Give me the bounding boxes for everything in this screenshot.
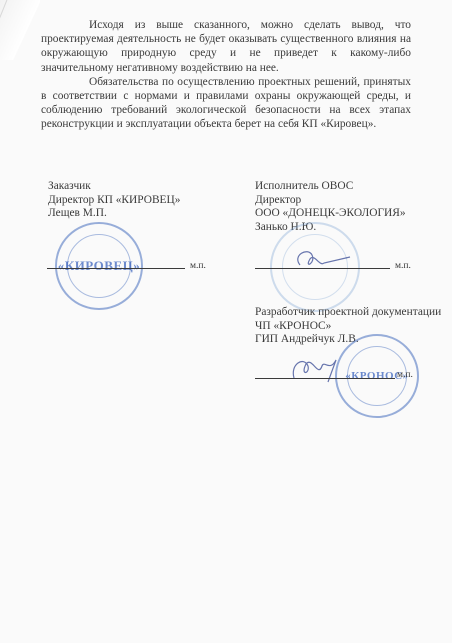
contractor-role: Исполнитель ОВОС <box>255 180 406 194</box>
contractor-seal-label: м.п. <box>395 261 411 271</box>
page-fold-corner <box>0 0 40 60</box>
contractor-org: ООО «ДОНЕЦК-ЭКОЛОГИЯ» <box>255 207 406 221</box>
customer-role: Заказчик <box>48 180 180 194</box>
customer-stamp: «КИРОВЕЦ» <box>55 222 143 310</box>
contractor-signature-line <box>255 268 390 269</box>
developer-seal-label: м.п. <box>397 370 413 380</box>
customer-seal-label: м.п. <box>190 261 206 271</box>
customer-position: Директор КП «КИРОВЕЦ» <box>48 194 180 208</box>
paragraph-conclusion: Исходя из выше сказанного, можно сделать… <box>41 18 411 75</box>
paragraph-obligations: Обязательства по осуществлению проектных… <box>41 75 411 132</box>
developer-signature-line <box>255 378 395 379</box>
customer-stamp-text: «КИРОВЕЦ» <box>58 258 140 274</box>
contractor-signature <box>290 245 360 275</box>
body-text: Исходя из выше сказанного, можно сделать… <box>41 18 411 132</box>
customer-name: Лещев М.П. <box>48 207 180 221</box>
developer-block: Разработчик проектной документации ЧП «К… <box>255 306 441 347</box>
contractor-position: Директор <box>255 194 406 208</box>
developer-org: ЧП «КРОНОС» <box>255 320 441 334</box>
developer-role: Разработчик проектной документации <box>255 306 441 320</box>
customer-block: Заказчик Директор КП «КИРОВЕЦ» Лещев М.П… <box>48 180 180 221</box>
developer-signature <box>288 352 348 386</box>
customer-signature-line <box>47 268 185 269</box>
